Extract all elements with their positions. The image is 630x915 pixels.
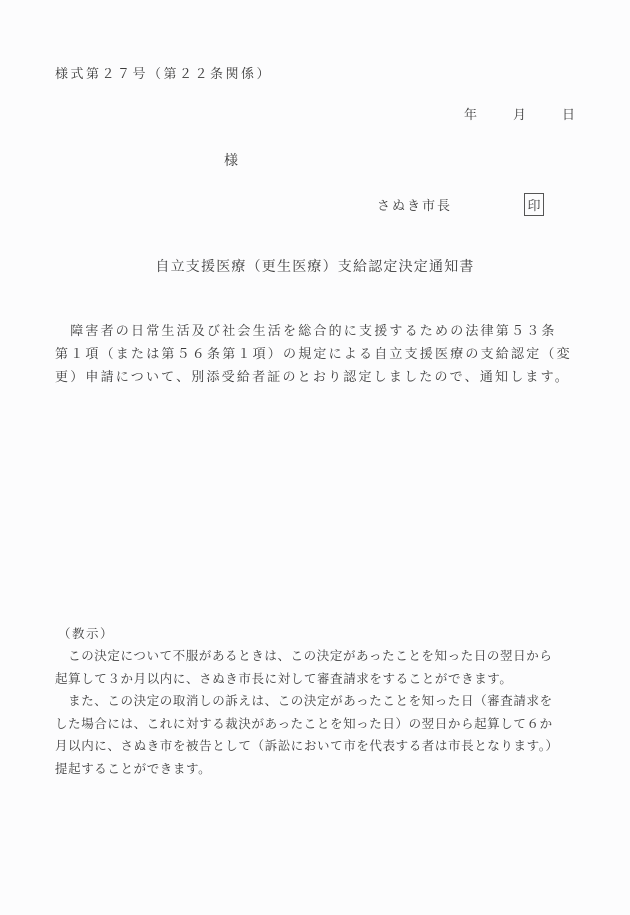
document-page: 様式第２７号（第２２条関係） 年月日 様 さぬき市長 印 自立支援医療（更生医療…: [0, 0, 630, 915]
instruction-line-4: した場合には、これに対する裁決があったことを知った日）の翌日から起算して６か: [55, 713, 559, 736]
instruction-line-5: 月以内に、さぬき市を被告として（訴訟において市を代表する者は市長となります。）: [55, 735, 559, 758]
date-month-label: 月: [513, 108, 526, 123]
issuer-name: さぬき市長: [377, 195, 452, 214]
instruction-section: この決定について不服があるときは、この決定があったことを知った日の翌日から 起算…: [55, 645, 559, 780]
date-day-label: 日: [562, 108, 575, 123]
seal-mark: 印: [524, 193, 544, 216]
instruction-heading: （教示）: [58, 624, 114, 642]
document-title: 自立支援医療（更生医療）支給認定決定通知書: [0, 256, 630, 276]
body-paragraph: 障害者の日常生活及び社会生活を総合的に支援するための法律第５３条 第１項（または…: [55, 320, 572, 389]
addressee-honorific: 様: [224, 150, 238, 170]
instruction-line-6: 提起することができます。: [55, 758, 559, 781]
date-line: 年月日: [464, 104, 575, 123]
body-line-3: 更）申請について、別添受給者証のとおり認定しましたので、通知します。: [55, 366, 572, 389]
form-number: 様式第２７号（第２２条関係）: [55, 63, 272, 82]
instruction-line-1: この決定について不服があるときは、この決定があったことを知った日の翌日から: [55, 645, 559, 668]
body-line-2: 第１項（または第５６条第１項）の規定による自立支援医療の支給認定（変: [55, 343, 572, 366]
instruction-line-3: また、この決定の取消しの訴えは、この決定があったことを知った日（審査請求を: [55, 690, 559, 713]
body-line-1: 障害者の日常生活及び社会生活を総合的に支援するための法律第５３条: [55, 320, 572, 343]
instruction-line-2: 起算して３か月以内に、さぬき市長に対して審査請求をすることができます。: [55, 668, 559, 691]
date-year-label: 年: [464, 108, 477, 123]
